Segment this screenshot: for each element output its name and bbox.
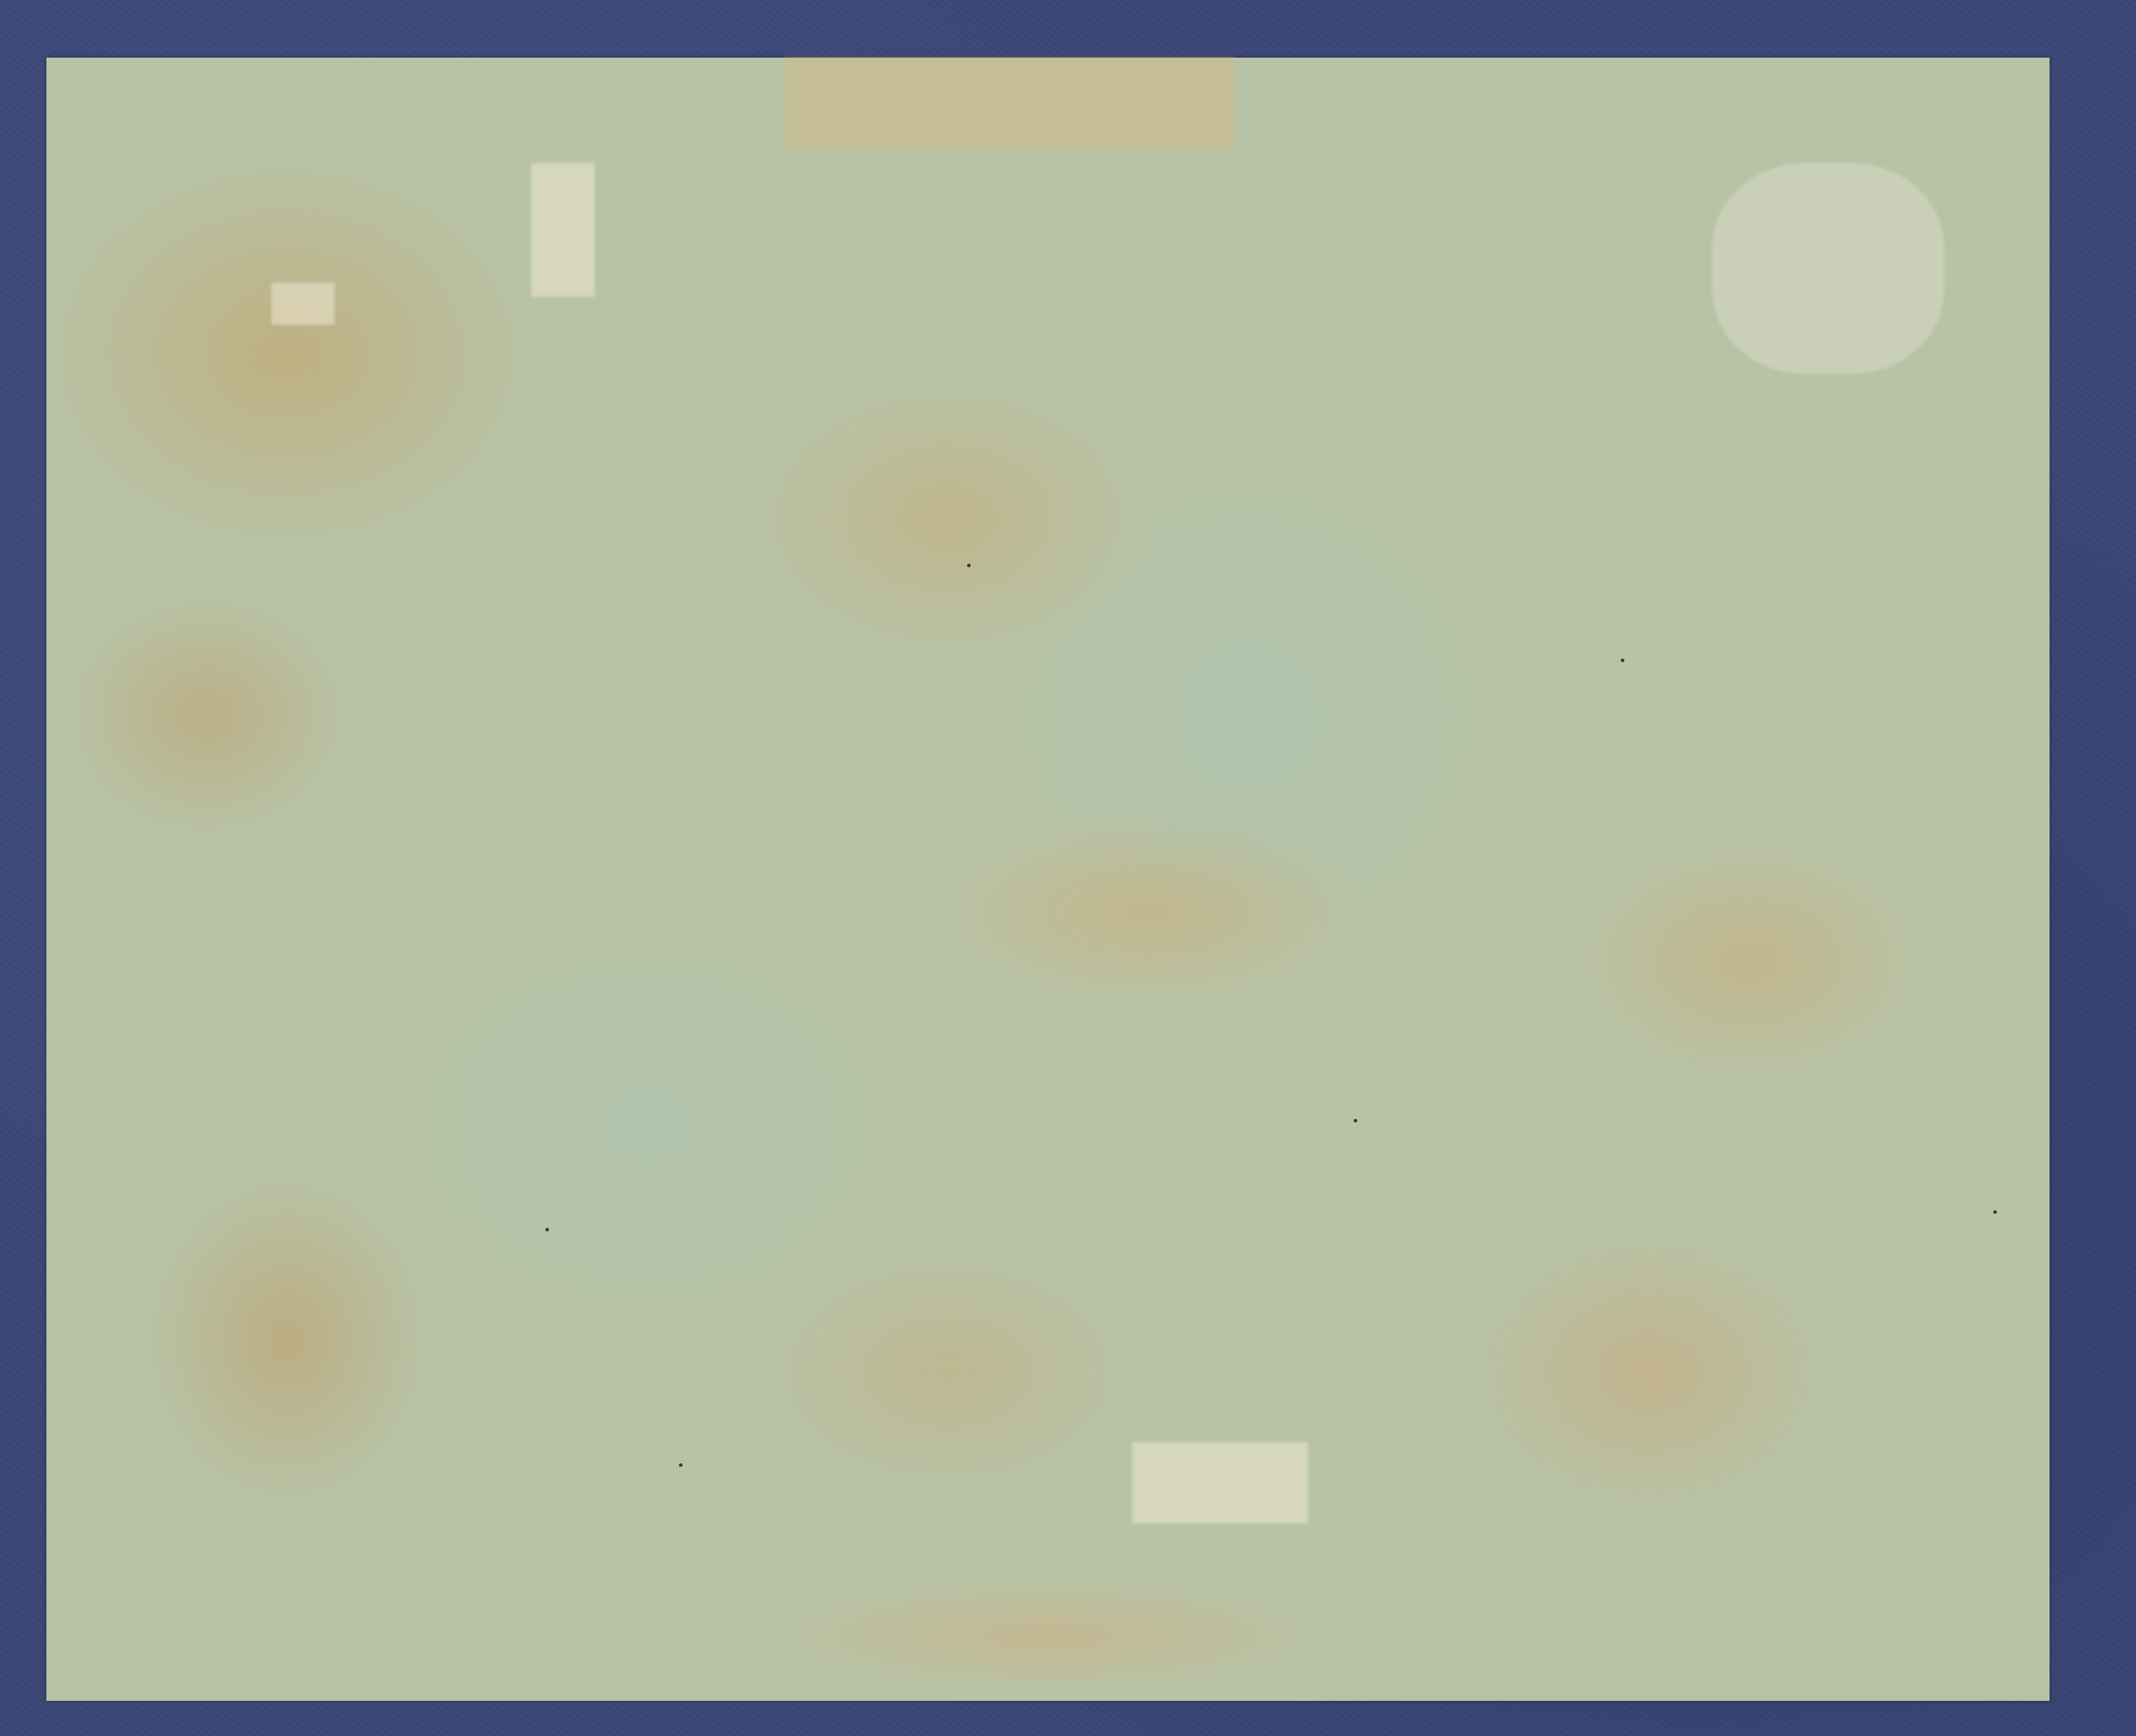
speck <box>967 564 971 567</box>
hinge-remnant-top-left <box>531 163 595 297</box>
speck <box>1354 1119 1357 1122</box>
speck <box>1621 659 1624 662</box>
image-description: Reverse side of an imperforate block of … <box>0 0 1 1</box>
hinge-remnant-bottom-center <box>1132 1442 1308 1523</box>
speck <box>1993 1210 1997 1214</box>
speck <box>679 1463 682 1467</box>
hinge-remnant-small-left <box>271 283 335 325</box>
hinge-remnant-top-right <box>1712 163 1944 374</box>
hinge-remnant-top-center <box>784 58 1234 149</box>
stamp-block-reverse <box>46 58 2050 1701</box>
speck <box>545 1228 549 1231</box>
